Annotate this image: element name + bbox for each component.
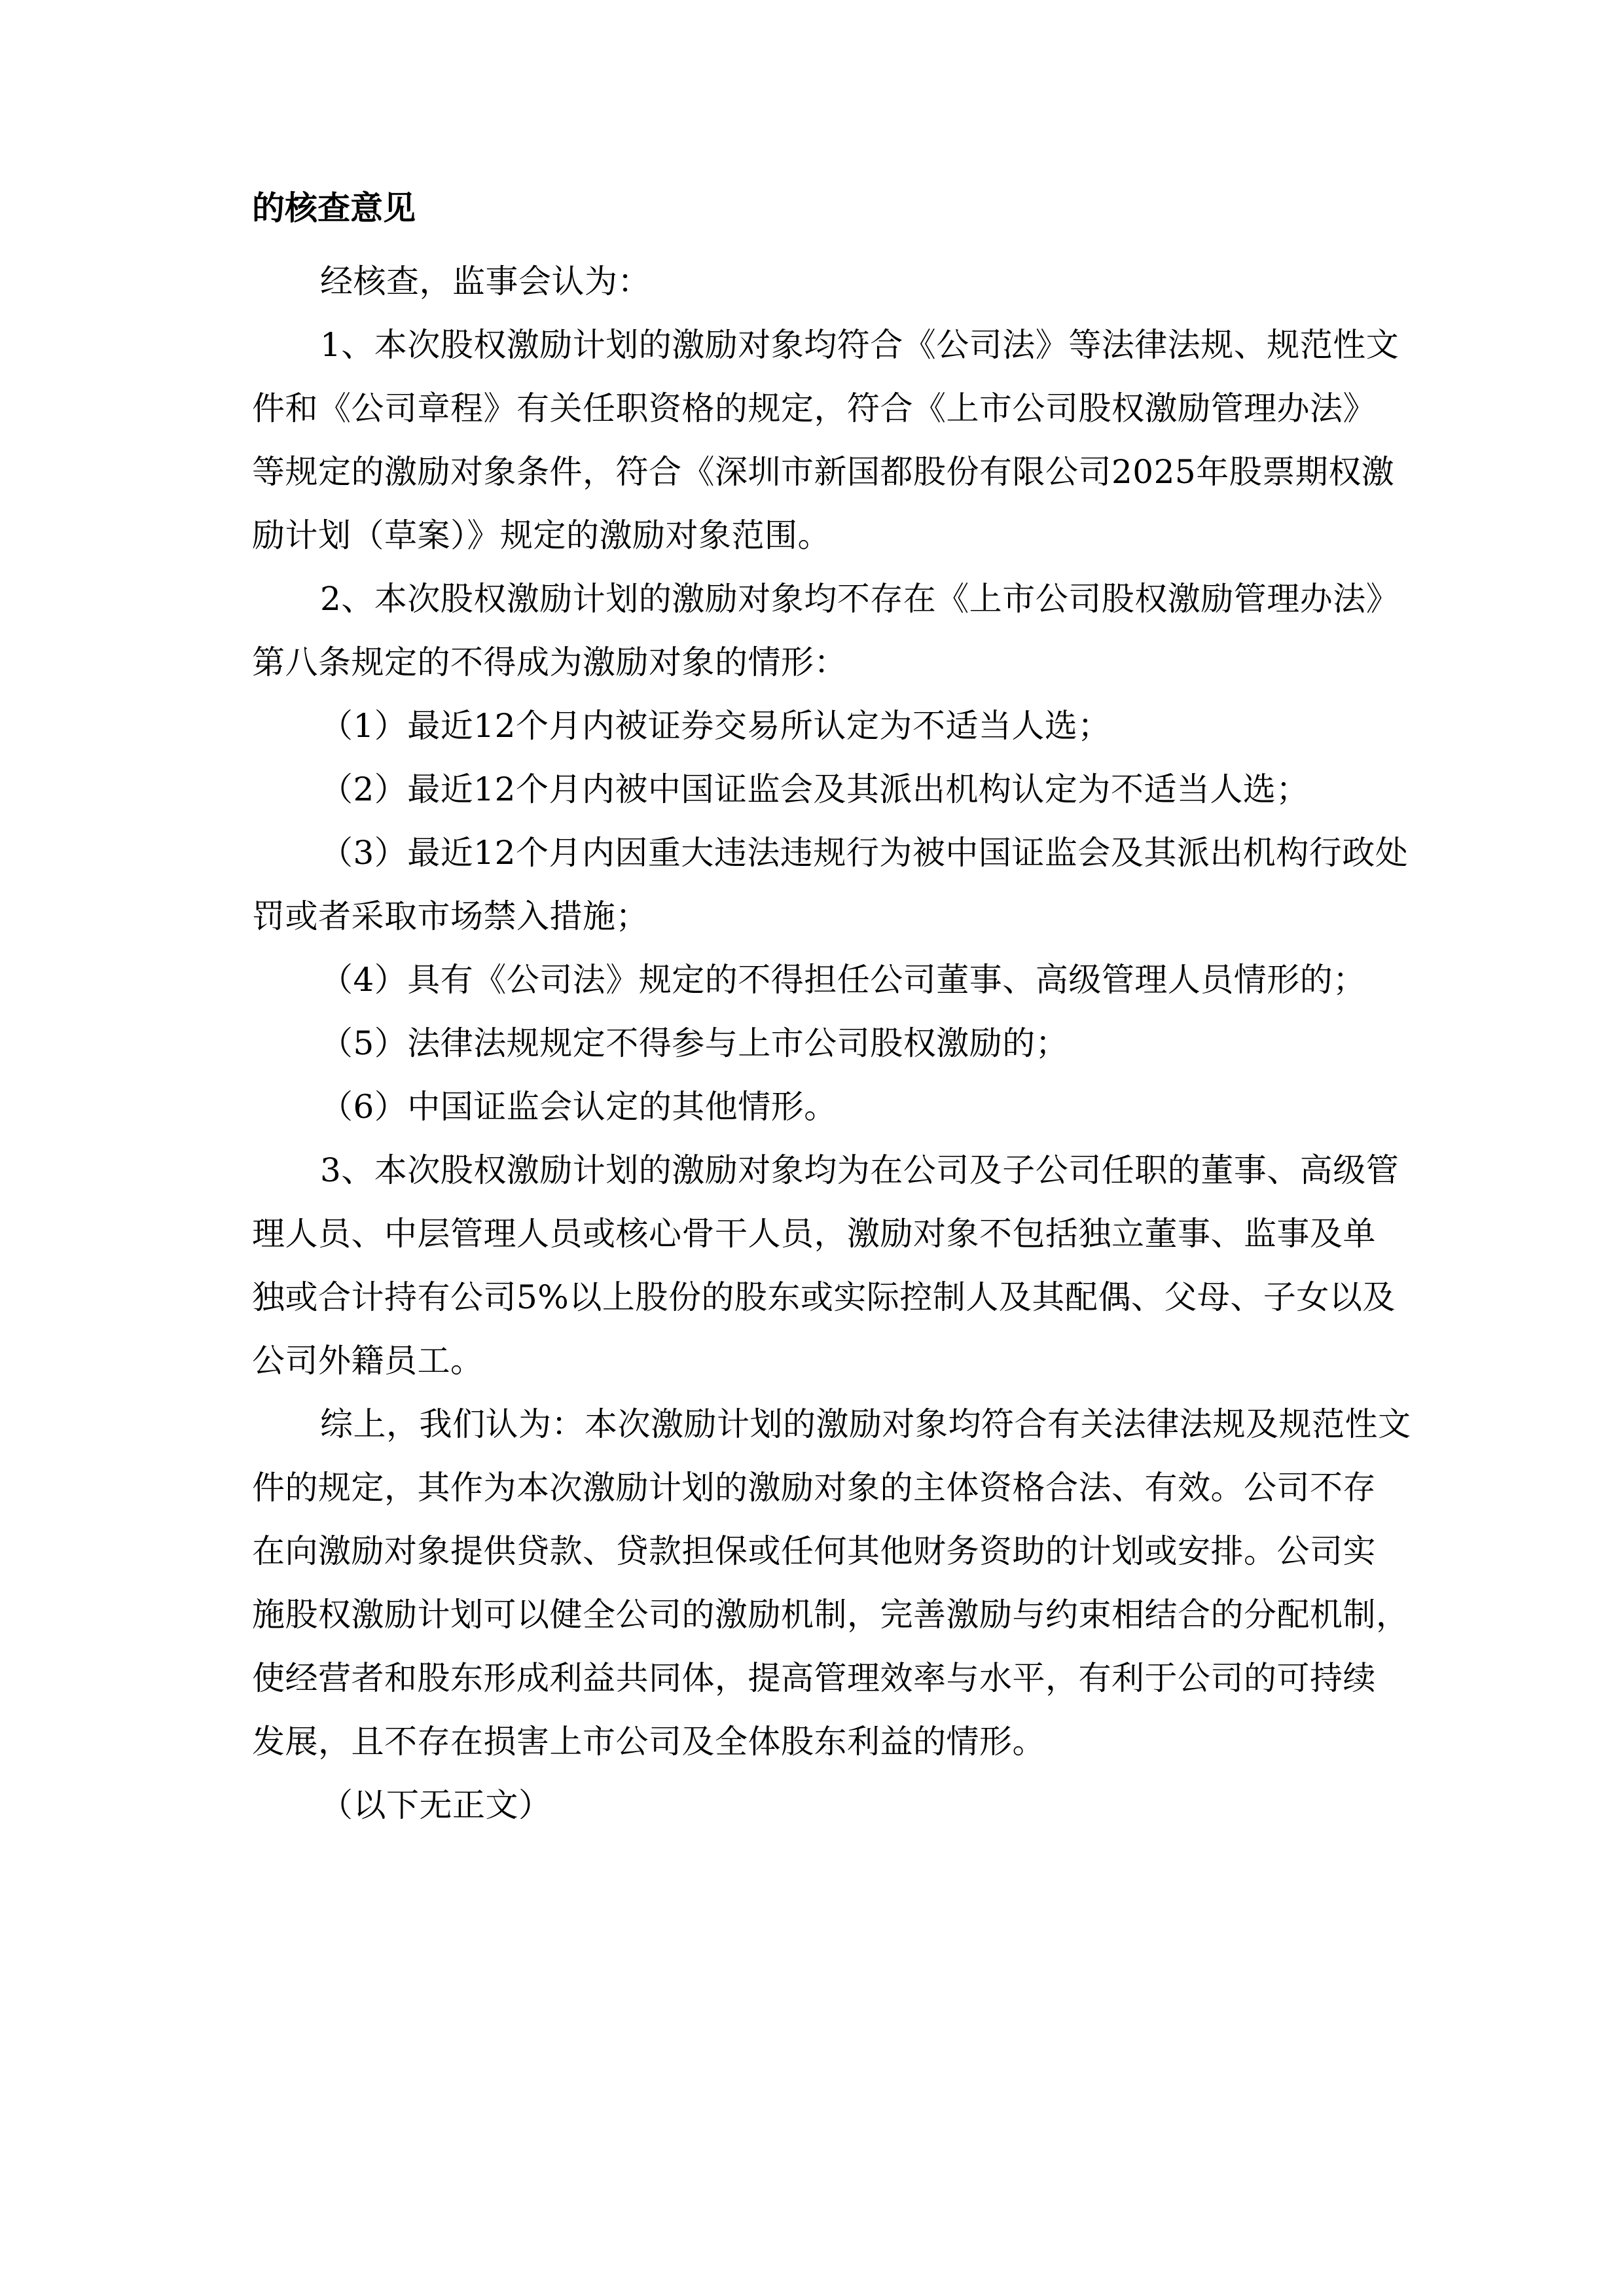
list-item-6: （6）中国证监会认定的其他情形。 (320, 1087, 837, 1126)
paragraph-3-line-4: 公司外籍员工。 (252, 1341, 484, 1380)
paragraph-3-line-1: 3、本次股权激励计划的激励对象均为在公司及子公司任职的董事、高级管 (320, 1151, 1399, 1190)
paragraph-1-line-2: 件和《公司章程》有关任职资格的规定，符合《上市公司股权激励管理办法》 (252, 389, 1376, 428)
conclusion-line-3: 在向激励对象提供贷款、贷款担保或任何其他财务资助的计划或安排。公司实 (252, 1532, 1376, 1571)
paragraph-intro: 经核查，监事会认为： (320, 262, 651, 301)
list-item-3-line-2: 罚或者采取市场禁入措施； (252, 897, 649, 936)
end-of-text-note: （以下无正文） (320, 1785, 552, 1825)
conclusion-line-4: 施股权激励计划可以健全公司的激励机制，完善激励与约束相结合的分配机制， (252, 1595, 1409, 1634)
list-item-3-line-1: （3）最近12个月内因重大违法违规行为被中国证监会及其派出机构行政处 (320, 833, 1408, 872)
paragraph-3-line-3: 独或合计持有公司5%以上股份的股东或实际控制人及其配偶、父母、子女以及 (252, 1278, 1396, 1317)
list-item-1: （1）最近12个月内被证券交易所认定为不适当人选； (320, 706, 1111, 745)
paragraph-3-line-2: 理人员、中层管理人员或核心骨干人员，激励对象不包括独立董事、监事及单 (252, 1214, 1376, 1253)
paragraph-2-line-2: 第八条规定的不得成为激励对象的情形： (252, 643, 847, 682)
list-item-4: （4）具有《公司法》规定的不得担任公司董事、高级管理人员情形的； (320, 960, 1366, 999)
conclusion-line-1: 综上，我们认为：本次激励计划的激励对象均符合有关法律法规及规范性文 (320, 1405, 1411, 1444)
paragraph-2-line-1: 2、本次股权激励计划的激励对象均不存在《上市公司股权激励管理办法》 (320, 579, 1399, 619)
list-item-5: （5）法律法规规定不得参与上市公司股权激励的； (320, 1024, 1068, 1063)
paragraph-1-line-1: 1、本次股权激励计划的激励对象均符合《公司法》等法律法规、规范性文 (320, 325, 1399, 365)
document-title: 的核查意见 (252, 188, 416, 228)
paragraph-1-line-4: 励计划（草案）》规定的激励对象范围。 (252, 516, 831, 555)
list-item-2: （2）最近12个月内被中国证监会及其派出机构认定为不适当人选； (320, 770, 1309, 809)
conclusion-line-2: 件的规定，其作为本次激励计划的激励对象的主体资格合法、有效。公司不存 (252, 1468, 1376, 1507)
conclusion-line-5: 使经营者和股东形成利益共同体，提高管理效率与水平，有利于公司的可持续 (252, 1659, 1376, 1698)
conclusion-line-6: 发展，且不存在损害上市公司及全体股东利益的情形。 (252, 1722, 1045, 1761)
paragraph-1-line-3: 等规定的激励对象条件，符合《深圳市新国都股份有限公司2025年股票期权激 (252, 452, 1394, 492)
